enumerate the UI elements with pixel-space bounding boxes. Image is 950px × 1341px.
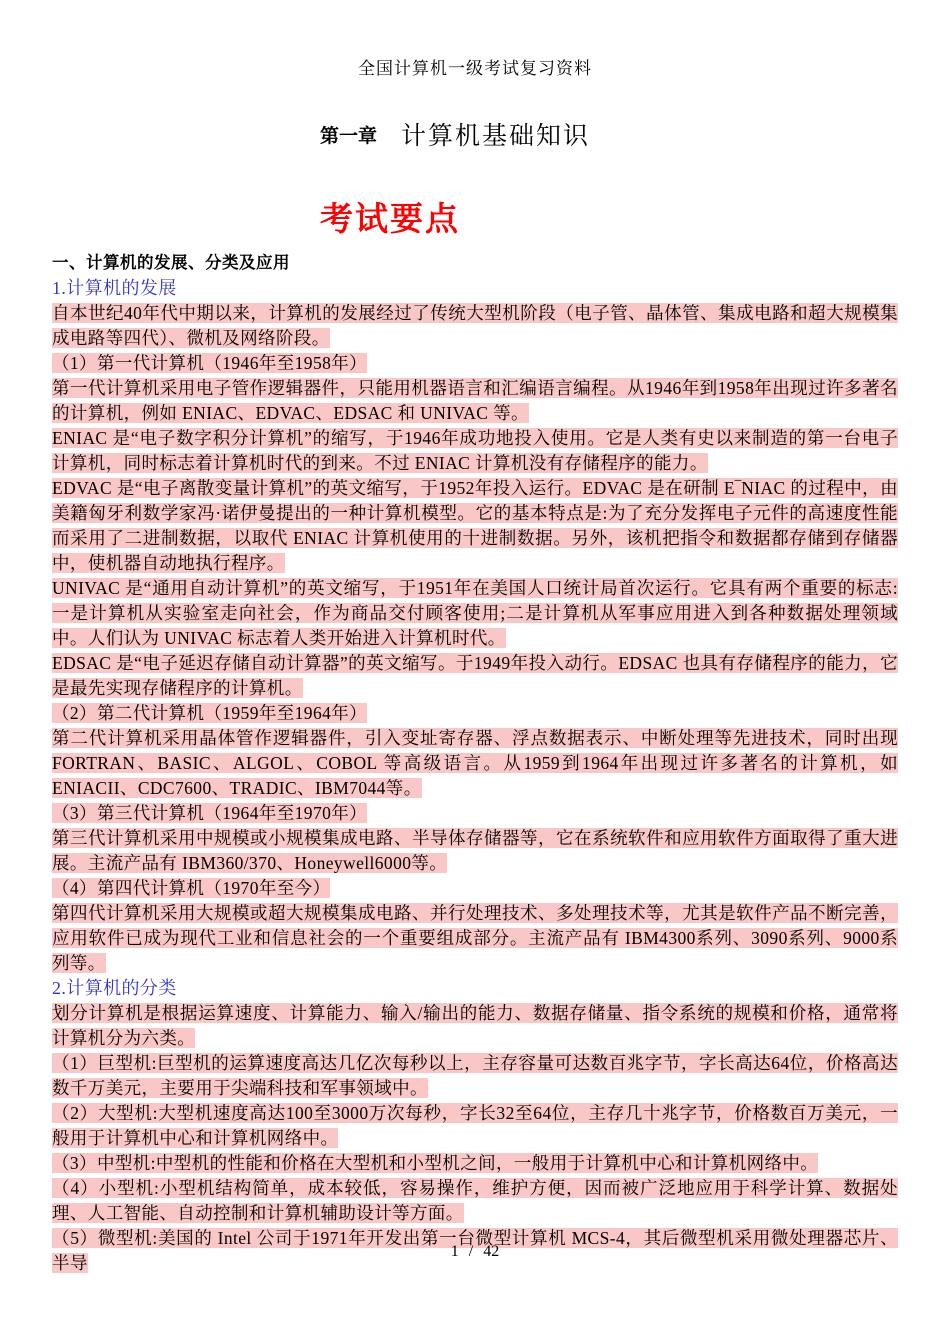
paragraph: （1）第一代计算机（1946年至1958年） bbox=[52, 351, 898, 376]
paragraph: （3）第三代计算机（1964年至1970年） bbox=[52, 801, 898, 826]
paragraph: EDSAC 是“电子延迟存储自动计算器”的英文缩写。于1949年投入动行。EDS… bbox=[52, 651, 898, 701]
section-subheading: 2.计算机的分类 bbox=[52, 976, 898, 1001]
paragraph: （2）大型机:大型机速度高达100至3000万次每秒，字长32至64位，主存几十… bbox=[52, 1101, 898, 1151]
highlighted-text: 第一代计算机采用电子管作逻辑器件，只能用机器语言和汇编语言编程。从1946年到1… bbox=[52, 378, 898, 423]
section-subheading: 1.计算机的发展 bbox=[52, 276, 898, 301]
paragraph: 第四代计算机采用大规模或超大规模集成电路、并行处理技术、多处理技术等，尤其是软件… bbox=[52, 901, 898, 976]
highlighted-text: （4）第四代计算机（1970年至今） bbox=[52, 878, 330, 898]
highlighted-text: （1）第一代计算机（1946年至1958年） bbox=[52, 353, 367, 373]
paragraph: （4）小型机:小型机结构简单，成本较低，容易操作，维护方便，因而被广泛地应用于科… bbox=[52, 1176, 898, 1226]
page-footer: 1 / 42 bbox=[0, 1242, 950, 1262]
highlighted-text: （3）第三代计算机（1964年至1970年） bbox=[52, 803, 367, 823]
section-heading: 一、计算机的发展、分类及应用 bbox=[52, 251, 898, 276]
paragraph: （4）第四代计算机（1970年至今） bbox=[52, 876, 898, 901]
chapter-label: 第一章 bbox=[320, 126, 377, 147]
chapter-heading: 第一章 计算机基础知识 bbox=[52, 122, 898, 155]
highlighted-text: 第二代计算机采用晶体管作逻辑器件，引入变址寄存器、浮点数据表示、中断处理等先进技… bbox=[52, 728, 898, 798]
highlighted-text: 划分计算机是根据运算速度、计算能力、输入/输出的能力、数据存储量、指令系统的规模… bbox=[52, 1003, 898, 1048]
paragraph: EDVAC 是“电子离散变量计算机”的英文缩写，于1952年投入运行。EDVAC… bbox=[52, 476, 898, 576]
paragraph: ENIAC 是“电子数字积分计算机”的缩写，于1946年成功地投入使用。它是人类… bbox=[52, 426, 898, 476]
highlighted-text: UNIVAC 是“通用自动计算机”的英文缩写，于1951年在美国人口统计局首次运… bbox=[52, 578, 898, 648]
paragraph: 自本世纪40年代中期以来，计算机的发展经过了传统大型机阶段（电子管、晶体管、集成… bbox=[52, 301, 898, 351]
paragraph: 第二代计算机采用晶体管作逻辑器件，引入变址寄存器、浮点数据表示、中断处理等先进技… bbox=[52, 726, 898, 801]
document-title: 全国计算机一级考试复习资料 bbox=[52, 58, 898, 80]
highlighted-text: （4）小型机:小型机结构简单，成本较低，容易操作，维护方便，因而被广泛地应用于科… bbox=[52, 1178, 898, 1223]
document-page: 全国计算机一级考试复习资料 第一章 计算机基础知识 考试要点 一、计算机的发展、… bbox=[0, 0, 950, 1341]
paragraph: （3）中型机:中型机的性能和价格在大型机和小型机之间，一般用于计算机中心和计算机… bbox=[52, 1151, 898, 1176]
highlighted-text: 自本世纪40年代中期以来，计算机的发展经过了传统大型机阶段（电子管、晶体管、集成… bbox=[52, 303, 898, 348]
paragraph: （1）巨型机:巨型机的运算速度高达几亿次每秒以上，主存容量可达数百兆字节，字长高… bbox=[52, 1051, 898, 1101]
highlighted-text: 第三代计算机采用中规模或小规模集成电路、半导体存储器等，它在系统软件和应用软件方… bbox=[52, 828, 898, 873]
highlighted-text: （2）第二代计算机（1959年至1964年） bbox=[52, 703, 367, 723]
paragraph: 第三代计算机采用中规模或小规模集成电路、半导体存储器等，它在系统软件和应用软件方… bbox=[52, 826, 898, 876]
highlighted-text: （3）中型机:中型机的性能和价格在大型机和小型机之间，一般用于计算机中心和计算机… bbox=[52, 1153, 818, 1173]
paragraph: （2）第二代计算机（1959年至1964年） bbox=[52, 701, 898, 726]
highlighted-text: EDSAC 是“电子延迟存储自动计算器”的英文缩写。于1949年投入动行。EDS… bbox=[52, 653, 898, 698]
page-total: 42 bbox=[483, 1243, 499, 1260]
paragraph: 划分计算机是根据运算速度、计算能力、输入/输出的能力、数据存储量、指令系统的规模… bbox=[52, 1001, 898, 1051]
exam-points-heading: 考试要点 bbox=[52, 199, 898, 241]
highlighted-text: EDVAC 是“电子离散变量计算机”的英文缩写，于1952年投入运行。EDVAC… bbox=[52, 478, 898, 573]
highlighted-text: （1）巨型机:巨型机的运算速度高达几亿次每秒以上，主存容量可达数百兆字节，字长高… bbox=[52, 1053, 898, 1098]
paragraph: 第一代计算机采用电子管作逻辑器件，只能用机器语言和汇编语言编程。从1946年到1… bbox=[52, 376, 898, 426]
document-body: 一、计算机的发展、分类及应用1.计算机的发展自本世纪40年代中期以来，计算机的发… bbox=[52, 251, 898, 1276]
highlighted-text: （2）大型机:大型机速度高达100至3000万次每秒，字长32至64位，主存几十… bbox=[52, 1103, 898, 1148]
highlighted-text: 第四代计算机采用大规模或超大规模集成电路、并行处理技术、多处理技术等，尤其是软件… bbox=[52, 903, 898, 973]
highlighted-text: ENIAC 是“电子数字积分计算机”的缩写，于1946年成功地投入使用。它是人类… bbox=[52, 428, 898, 473]
page-number: 1 bbox=[451, 1243, 459, 1260]
paragraph: UNIVAC 是“通用自动计算机”的英文缩写，于1951年在美国人口统计局首次运… bbox=[52, 576, 898, 651]
page-number-separator: / bbox=[469, 1243, 473, 1260]
chapter-title: 计算机基础知识 bbox=[401, 123, 590, 150]
